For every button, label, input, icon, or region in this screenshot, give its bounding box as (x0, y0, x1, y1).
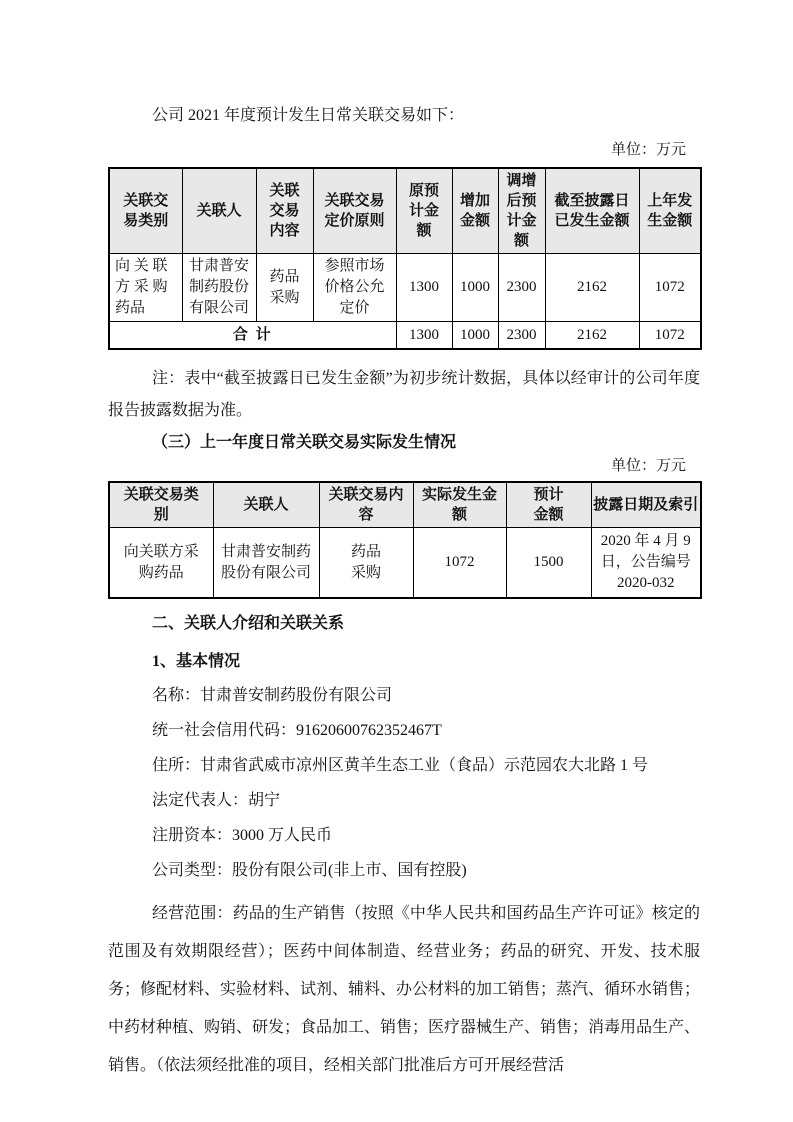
total-label: 合 计 (109, 322, 396, 350)
actual-header-row: 关联交易类 别 关联人 关联交易内 容 实际发生金 额 预计 金额 披露日期及索… (109, 482, 701, 528)
cell-incurred-to-date: 2162 (545, 254, 639, 322)
info-company-name: 名称：甘肃普安制药股份有限公司 (108, 685, 700, 707)
header-increase-amount: 增加 金额 (452, 168, 498, 254)
cell-related-party: 甘肃普安 制药股份 有限公司 (182, 254, 256, 322)
info-registered-capital: 注册资本：3000 万人民币 (108, 825, 700, 847)
cell-estimated-amount: 1500 (506, 528, 591, 599)
total-incurred-to-date: 2162 (545, 322, 639, 350)
forecast-transactions-table: 关联交 易类别 关联人 关联 交易 内容 关联交易 定价原则 原预 计金 额 增… (108, 167, 702, 350)
section3-heading: （三）上一年度日常关联交易实际发生情况 (108, 432, 700, 454)
total-original-estimate: 1300 (396, 322, 452, 350)
header-adjusted-estimate: 调增 后预 计金 额 (498, 168, 545, 254)
header-transaction-content: 关联 交易 内容 (256, 168, 313, 254)
header-previous-year: 上年发 生金额 (639, 168, 701, 254)
header-transaction-content: 关联交易内 容 (319, 482, 413, 528)
header-transaction-category: 关联交 易类别 (109, 168, 182, 254)
cell-transaction-category: 向 关 联 方 采 购 药品 (109, 254, 182, 322)
forecast-table-header: 关联交 易类别 关联人 关联 交易 内容 关联交易 定价原则 原预 计金 额 增… (109, 168, 701, 254)
info-legal-representative: 法定代表人：胡宁 (108, 790, 700, 812)
forecast-data-row: 向 关 联 方 采 购 药品 甘肃普安 制药股份 有限公司 药品 采购 参照市场… (109, 254, 701, 322)
cell-transaction-category: 向关联方采 购药品 (109, 528, 213, 599)
cell-transaction-content: 药品 采购 (256, 254, 313, 322)
intro-paragraph: 公司 2021 年度预计发生日常关联交易如下： (108, 104, 700, 128)
header-original-estimate: 原预 计金 额 (396, 168, 452, 254)
cell-disclosure-index: 2020 年 4 月 9 日，公告编号 2020-032 (591, 528, 701, 599)
header-disclosure-index: 披露日期及索引 (591, 482, 701, 528)
unit-label-forecast: 单位：万元 (108, 140, 700, 160)
document-page: 公司 2021 年度预计发生日常关联交易如下： 单位：万元 关联交 易类别 关联… (0, 0, 793, 1122)
cell-original-estimate: 1300 (396, 254, 452, 322)
cell-pricing-principle: 参照市场 价格公允 定价 (313, 254, 396, 322)
business-scope-paragraph: 经营范围：药品的生产销售（按照《中华人民共和国药品生产许可证》核定的范围及有效期… (108, 895, 700, 1085)
total-increase-amount: 1000 (452, 322, 498, 350)
cell-increase-amount: 1000 (452, 254, 498, 322)
info-address: 住所：甘肃省武威市凉州区黄羊生态工业（食品）示范园农大北路 1 号 (108, 755, 700, 777)
actual-data-row: 向关联方采 购药品 甘肃普安制药 股份有限公司 药品 采购 1072 1500 … (109, 528, 701, 599)
forecast-total-row: 合 计 1300 1000 2300 2162 1072 (109, 322, 701, 350)
total-adjusted-estimate: 2300 (498, 322, 545, 350)
section2-heading: 二、关联人介绍和关联关系 (108, 613, 700, 635)
cell-adjusted-estimate: 2300 (498, 254, 545, 322)
actual-table-header: 关联交易类 别 关联人 关联交易内 容 实际发生金 额 预计 金额 披露日期及索… (109, 482, 701, 528)
table-note: 注：表中“截至披露日已发生金额”为初步统计数据，具体以经审计的公司年度报告披露数… (108, 363, 700, 427)
info-company-type: 公司类型：股份有限公司(非上市、国有控股) (108, 860, 700, 882)
cell-actual-amount: 1072 (413, 528, 506, 599)
header-pricing-principle: 关联交易 定价原则 (313, 168, 396, 254)
forecast-header-row: 关联交 易类别 关联人 关联 交易 内容 关联交易 定价原则 原预 计金 额 增… (109, 168, 701, 254)
header-incurred-to-date: 截至披露日 已发生金额 (545, 168, 639, 254)
header-actual-amount: 实际发生金 额 (413, 482, 506, 528)
cell-transaction-content: 药品 采购 (319, 528, 413, 599)
header-transaction-category: 关联交易类 别 (109, 482, 213, 528)
total-previous-year: 1072 (639, 322, 701, 350)
info-credit-code: 统一社会信用代码：91620600762352467T (108, 720, 700, 742)
actual-transactions-table: 关联交易类 别 关联人 关联交易内 容 实际发生金 额 预计 金额 披露日期及索… (108, 481, 702, 599)
header-related-party: 关联人 (182, 168, 256, 254)
header-estimated-amount: 预计 金额 (506, 482, 591, 528)
header-related-party: 关联人 (213, 482, 319, 528)
unit-label-actual: 单位：万元 (108, 456, 700, 476)
cell-previous-year: 1072 (639, 254, 701, 322)
cell-related-party: 甘肃普安制药 股份有限公司 (213, 528, 319, 599)
subsection-heading: 1、基本情况 (108, 651, 700, 673)
